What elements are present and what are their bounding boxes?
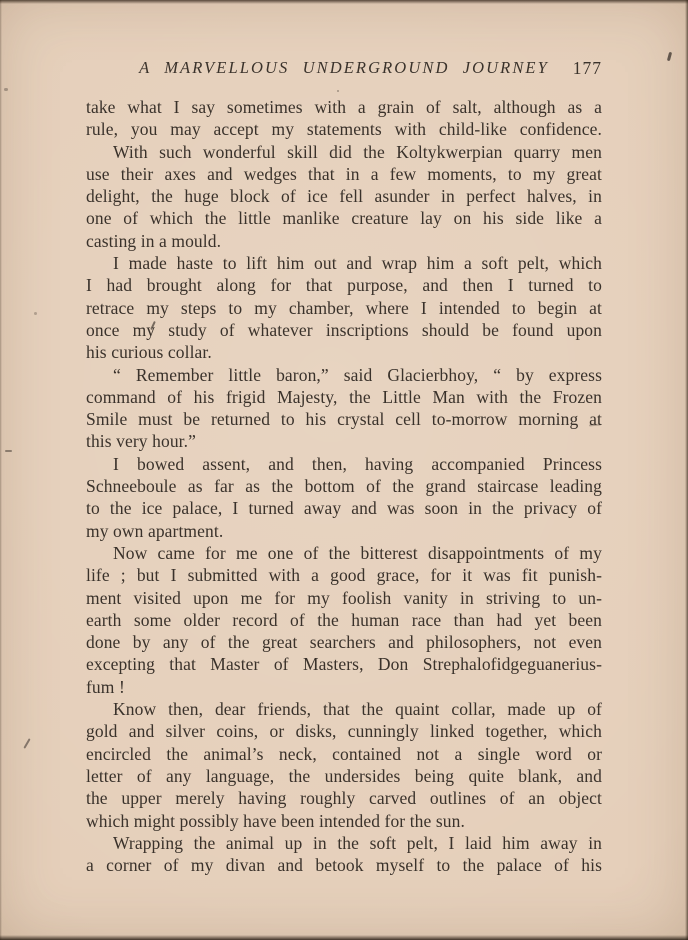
scan-edge-left bbox=[0, 0, 2, 940]
text-line: “ Remember little baron,” said Glacierbh… bbox=[86, 364, 602, 386]
text-line: my own apartment. bbox=[86, 520, 602, 542]
paragraph: With such wonderful skill did the Koltyk… bbox=[86, 141, 602, 252]
text-line: Smile must be returned to his crystal ce… bbox=[86, 408, 602, 430]
text-line: I made haste to lift him out and wrap hi… bbox=[86, 252, 602, 274]
text-line: Now came for me one of the bitterest dis… bbox=[86, 542, 602, 564]
scan-speck bbox=[4, 88, 8, 91]
text-line: one of which the little manlike creature… bbox=[86, 207, 602, 229]
paragraph: I made haste to lift him out and wrap hi… bbox=[86, 252, 602, 363]
text-line: delight, the huge block of ice fell asun… bbox=[86, 185, 602, 207]
running-header-title: A MARVELLOUS UNDERGROUND JOURNEY bbox=[86, 58, 602, 78]
text-line: done by any of the great searchers and p… bbox=[86, 631, 602, 653]
text-line: fum ! bbox=[86, 676, 602, 698]
text-line: encircled the animal’s neck, contained n… bbox=[86, 743, 602, 765]
text-line: a corner of my divan and betook myself t… bbox=[86, 854, 602, 876]
page-number: 177 bbox=[573, 58, 602, 79]
text-line: rule, you may accept my statements with … bbox=[86, 118, 602, 140]
text-line: gold and silver coins, or disks, cunning… bbox=[86, 720, 602, 742]
text-line: casting in a mould. bbox=[86, 230, 602, 252]
body-text: take what I say sometimes with a grain o… bbox=[86, 96, 602, 876]
text-line: retrace my steps to my chamber, where I … bbox=[86, 297, 602, 319]
scan-edge-top bbox=[0, 0, 688, 4]
paragraph: “ Remember little baron,” said Glacierbh… bbox=[86, 364, 602, 453]
running-header: A MARVELLOUS UNDERGROUND JOURNEY 177 bbox=[86, 58, 602, 80]
paragraph: take what I say sometimes with a grain o… bbox=[86, 96, 602, 141]
text-line: Schneeboule as far as the bottom of the … bbox=[86, 475, 602, 497]
text-line: letter of any language, the undersides b… bbox=[86, 765, 602, 787]
text-line: ment visited upon me for my foolish vani… bbox=[86, 587, 602, 609]
paragraph: I bowed assent, and then, having accompa… bbox=[86, 453, 602, 542]
scan-speck bbox=[34, 312, 37, 315]
scan-speck bbox=[337, 90, 339, 92]
text-line: earth some older record of the human rac… bbox=[86, 609, 602, 631]
text-line: which might possibly have been intended … bbox=[86, 810, 602, 832]
book-page: A MARVELLOUS UNDERGROUND JOURNEY 177 tak… bbox=[0, 0, 688, 940]
scan-speck bbox=[23, 738, 30, 749]
scan-speck bbox=[5, 450, 12, 452]
scan-speck bbox=[667, 52, 672, 61]
text-line: With such wonderful skill did the Koltyk… bbox=[86, 141, 602, 163]
text-line: use their axes and wedges that in a few … bbox=[86, 163, 602, 185]
text-line: this very hour.” bbox=[86, 430, 602, 452]
paragraph: Know then, dear friends, that the quaint… bbox=[86, 698, 602, 832]
paragraph: Now came for me one of the bitterest dis… bbox=[86, 542, 602, 698]
text-line: Wrapping the animal up in the soft pelt,… bbox=[86, 832, 602, 854]
text-line: take what I say sometimes with a grain o… bbox=[86, 96, 602, 118]
paragraph: Wrapping the animal up in the soft pelt,… bbox=[86, 832, 602, 877]
text-line: the upper merely having roughly carved o… bbox=[86, 787, 602, 809]
text-line: I bowed assent, and then, having accompa… bbox=[86, 453, 602, 475]
text-line: command of his frigid Majesty, the Littl… bbox=[86, 386, 602, 408]
text-line: his curious collar. bbox=[86, 341, 602, 363]
text-line: once my study of whatever inscriptions s… bbox=[86, 319, 602, 341]
text-line: excepting that Master of Masters, Don St… bbox=[86, 653, 602, 675]
scan-edge-bottom bbox=[0, 935, 688, 940]
text-line: life ; but I submitted with a good grace… bbox=[86, 564, 602, 586]
text-line: to the ice palace, I turned away and was… bbox=[86, 497, 602, 519]
text-line: I had brought along for that purpose, an… bbox=[86, 274, 602, 296]
text-line: Know then, dear friends, that the quaint… bbox=[86, 698, 602, 720]
